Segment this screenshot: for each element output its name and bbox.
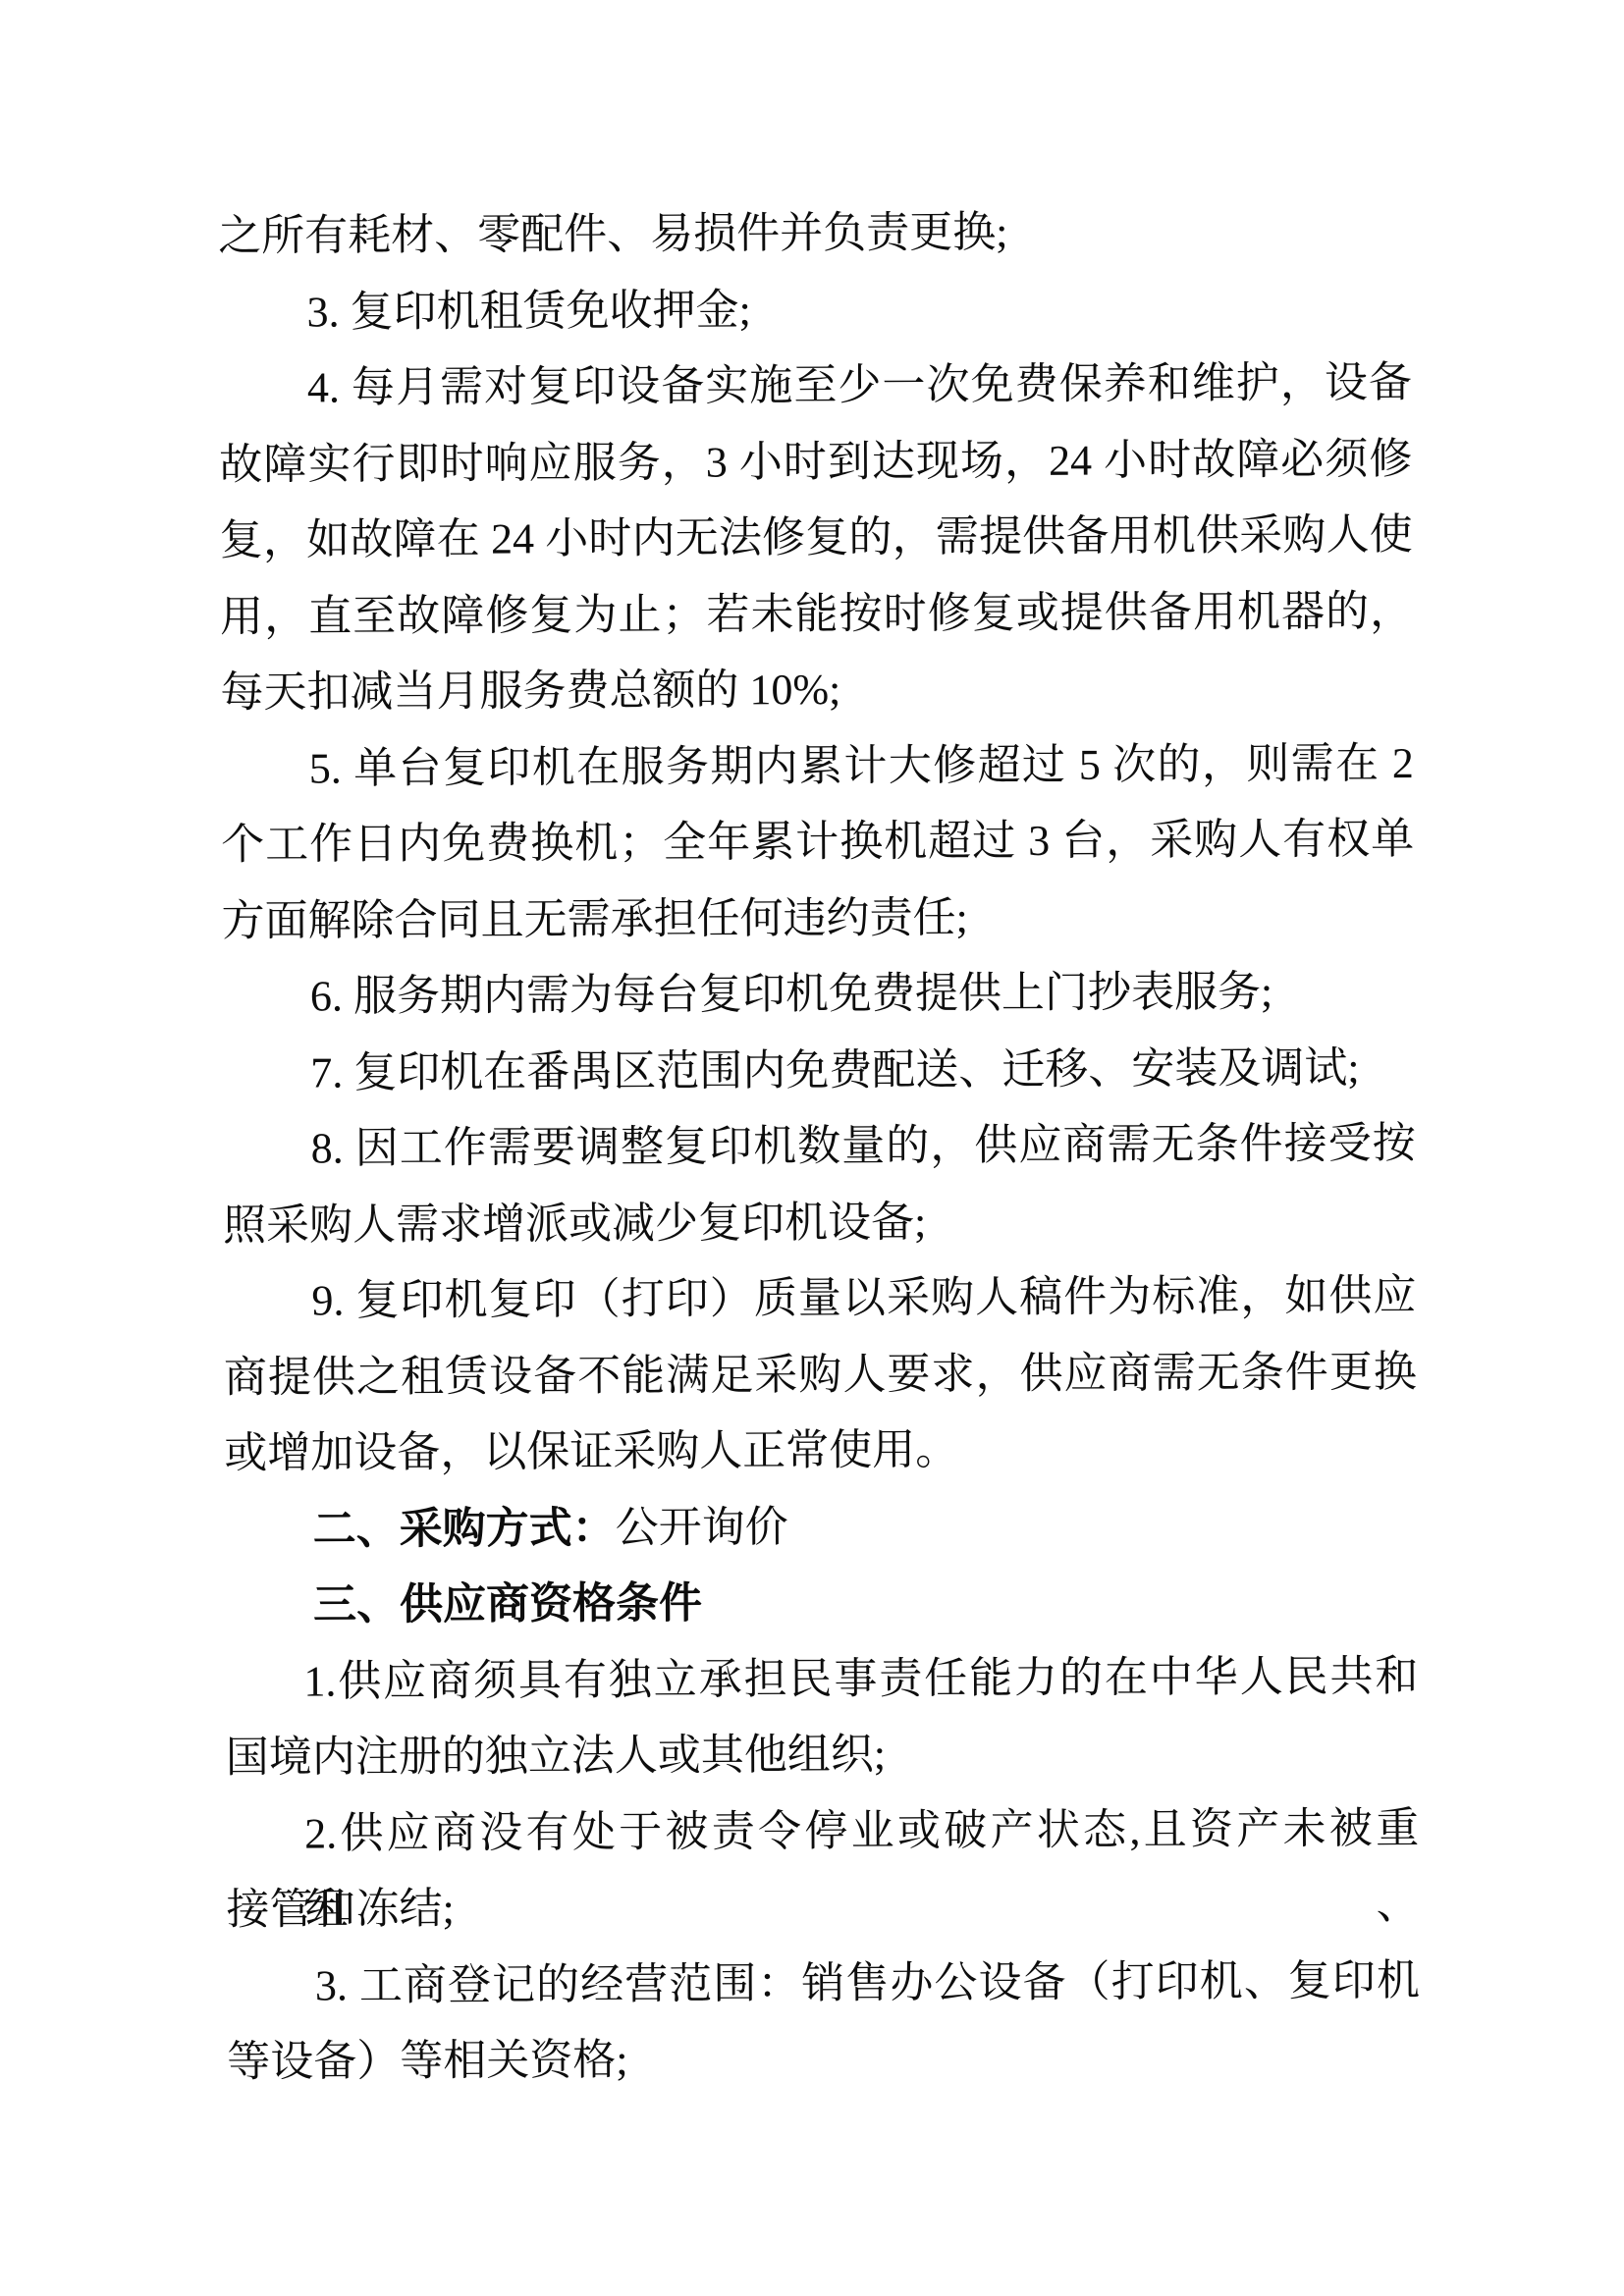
heading-purchase-method-label: 二、采购方式： xyxy=(313,1504,616,1554)
document-page: 之所有耗材、零配件、易损件并负责更换; 3. 复印机租赁免收押金; 4. 每月需… xyxy=(0,0,1624,2296)
clause-line: 每天扣减当月服务费总额的 10%; xyxy=(220,649,1413,730)
clause-line: 商提供之租赁设备不能满足采购人要求，供应商需无条件更换 xyxy=(224,1334,1417,1415)
heading-purchase-method: 二、采购方式：公开询价 xyxy=(224,1486,1417,1568)
clause-line: 方面解除合同且无需承担任何违约责任; xyxy=(221,878,1414,959)
clause-line: 4. 每月需对复印设备实施至少一次免费保养和维护，设备 xyxy=(219,345,1412,426)
clause-line: 复，如故障在 24 小时内无法修复的，需提供备用机供采购人使 xyxy=(220,497,1413,578)
text-block: 之所有耗材、零配件、易损件并负责更换; 3. 复印机租赁免收押金; 4. 每月需… xyxy=(218,192,1420,2100)
clause-line: 3. 复印机租赁免收押金; xyxy=(218,269,1411,350)
clause-line: 国境内注册的独立法人或其他组织; xyxy=(226,1714,1419,1795)
clause-line: 3. 工商登记的经营范围：销售办公设备（打印机、复印机 xyxy=(227,1943,1420,2024)
heading-supplier-qualification-label: 三、供应商资格条件 xyxy=(313,1579,702,1629)
heading-supplier-qualification: 三、供应商资格条件 xyxy=(225,1562,1418,1643)
clause-line: 5. 单台复印机在服务期内累计大修超过 5 次的，则需在 2 xyxy=(221,725,1414,807)
clause-line: 个工作日内免费换机；全年累计换机超过 3 台，采购人有权单 xyxy=(221,801,1414,882)
clause-line: 照采购人需求增派或减少复印机设备; xyxy=(223,1182,1416,1263)
clause-line: 1.供应商须具有独立承担民事责任能力的在中华人民共和 xyxy=(225,1638,1418,1720)
clause-line: 等设备）等相关资格; xyxy=(227,2018,1420,2100)
clause-line: 或增加设备，以保证采购人正常使用。 xyxy=(224,1410,1417,1491)
clause-line: 7. 复印机在番禺区范围内免费配送、迁移、安装及调试; xyxy=(222,1030,1415,1111)
clause-line: 9. 复印机复印（打印）质量以采购人稿件为标准，如供应 xyxy=(223,1257,1416,1339)
heading-purchase-method-value: 公开询价 xyxy=(616,1503,788,1552)
clause-line: 故障实行即时响应服务，3 小时到达现场，24 小时故障必须修 xyxy=(219,421,1412,503)
clause-line: 用，直至故障修复为止；若未能按时修复或提供备用机器的， xyxy=(220,573,1413,655)
clause-line: 之所有耗材、零配件、易损件并负责更换; xyxy=(218,192,1411,274)
clause-line: 2.供应商没有处于被责令停业或破产状态,且资产未被重组、 xyxy=(226,1790,1419,1872)
clause-line: 8. 因工作需要调整复印机数量的，供应商需无条件接受按 xyxy=(223,1105,1416,1187)
clause-line: 6. 服务期内需为每台复印机免费提供上门抄表服务; xyxy=(222,953,1415,1035)
